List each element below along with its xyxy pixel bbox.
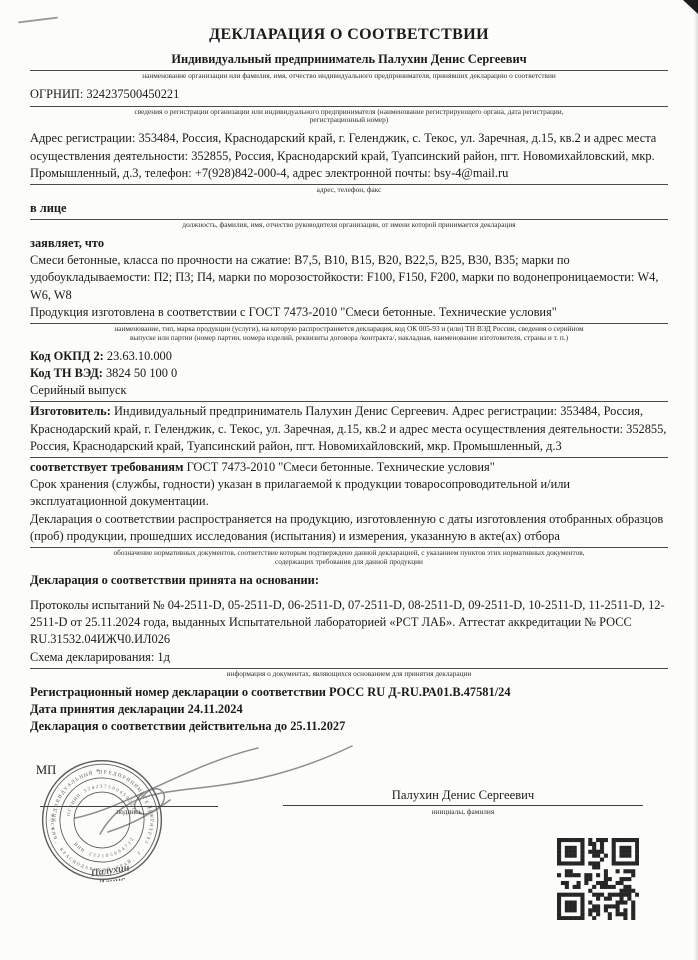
tnved-label: Код ТН ВЭД: — [30, 366, 103, 380]
product-caption: наименование, тип, марка продукции (услу… — [30, 325, 668, 343]
address-text: Адрес регистрации: 353484, Россия, Красн… — [30, 130, 668, 182]
svg-text:Сергеевич: Сергеевич — [91, 885, 137, 887]
declares-label: заявляет, что — [30, 235, 668, 252]
page-title: ДЕКЛАРАЦИЯ О СООТВЕТСТВИИ — [30, 26, 668, 43]
signee-caption: инициалы, фамилия — [283, 808, 643, 817]
svg-text:3: 3 — [92, 853, 96, 859]
scope-paragraph: Декларация о соответствии распространяет… — [30, 511, 668, 545]
okpd-code-row: Код ОКПД 2: 23.63.10.000 — [30, 348, 668, 365]
validity-line: Декларация о соответствии действительна … — [30, 718, 668, 735]
conformity-paragraph: соответствует требованиям ГОСТ 7473-2010… — [30, 459, 668, 476]
divider-serial — [30, 401, 668, 402]
ogrnip-caption: сведения о регистрации организации или и… — [30, 108, 668, 126]
svg-text:,: , — [131, 857, 136, 862]
in-person-label: в лице — [30, 200, 668, 217]
pen-mark — [18, 17, 58, 24]
conformity-label: соответствует требованиям — [30, 460, 183, 474]
protocols-paragraph: Протоколы испытаний № 04-2511-D, 05-2511… — [30, 597, 668, 649]
applicant-name: Индивидуальный предприниматель Палухин Д… — [30, 51, 668, 68]
signee-name: Палухин Денис Сергеевич — [283, 787, 643, 804]
svg-text:.: . — [140, 848, 145, 852]
product-description: Смеси бетонные, класса по прочности на с… — [30, 252, 668, 304]
okpd-label: Код ОКПД 2: — [30, 349, 104, 363]
product-gost-line: Продукция изготовлена в соответствии с Г… — [30, 304, 668, 321]
signature-block: МП ИНДИВИДУАЛЬНЫЙ ПРЕДПРИНИМАТЕЛЬРОССИЯ,… — [0, 750, 698, 960]
conformity-text: ГОСТ 7473-2010 "Смеси бетонные. Техничес… — [187, 460, 495, 474]
tnved-code-row: Код ТН ВЭД: 3824 50 100 0 — [30, 365, 668, 382]
svg-text:3: 3 — [100, 785, 103, 790]
round-stamp: ИНДИВИДУАЛЬНЫЙ ПРЕДПРИНИМАТЕЛЬРОССИЯ, КР… — [35, 753, 169, 887]
manufacturer-text: Индивидуальный предприниматель Палухин Д… — [30, 404, 666, 452]
svg-text:2: 2 — [97, 854, 100, 859]
svg-text:Р: Р — [104, 770, 107, 776]
declaration-document: ДЕКЛАРАЦИЯ О СООТВЕТСТВИИ Индивидуальный… — [0, 0, 698, 960]
svg-text:Л: Л — [147, 831, 153, 835]
svg-text:Я: Я — [52, 835, 58, 840]
round-stamp-svg: ИНДИВИДУАЛЬНЫЙ ПРЕДПРИНИМАТЕЛЬРОССИЯ, КР… — [35, 753, 169, 887]
svg-text:2: 2 — [96, 785, 100, 790]
svg-text:1: 1 — [102, 854, 105, 859]
in-person-caption: должность, фамилия, имя, отчество руково… — [30, 221, 668, 230]
svg-text:Е: Е — [108, 770, 112, 776]
ogrnip-value: ОГРНИП: 324237500450221 — [30, 86, 668, 103]
svg-text:1: 1 — [130, 807, 136, 812]
svg-text:Н: Н — [149, 822, 154, 826]
tnved-value: 3824 50 100 0 — [106, 366, 177, 380]
address-caption: адрес, телефон, факс — [30, 186, 668, 195]
svg-text:7: 7 — [104, 785, 107, 790]
manufacturer-paragraph: Изготовитель: Индивидуальный предпринима… — [30, 403, 668, 455]
basis-heading: Декларация о соответствии принята на осн… — [30, 572, 668, 589]
svg-text:Е: Е — [148, 827, 153, 831]
svg-text:2: 2 — [130, 837, 136, 842]
svg-text:0: 0 — [106, 854, 110, 859]
storage-paragraph: Срок хранения (службы, годности) указан … — [30, 476, 668, 510]
svg-text:Г: Г — [137, 850, 143, 856]
svg-text:С: С — [50, 823, 55, 827]
qr-code — [557, 838, 639, 920]
svg-text:2: 2 — [88, 852, 92, 858]
signee-line — [283, 805, 643, 806]
basis-caption: информация о документах, являющихся осно… — [30, 670, 668, 679]
registration-number-line: Регистрационный номер декларации о соотв… — [30, 684, 668, 701]
registration-date-line: Дата принятия декларации 24.11.2024 — [30, 701, 668, 718]
applicant-caption: наименование организации или фамилия, им… — [30, 72, 668, 81]
scheme-line: Схема декларирования: 1д — [30, 649, 668, 666]
manufacturer-label: Изготовитель: — [30, 404, 111, 418]
svg-text:Й: Й — [88, 769, 94, 778]
divider-manufacturer — [30, 457, 668, 458]
normative-caption: обозначение нормативных документов, соот… — [30, 549, 668, 567]
svg-text:,: , — [54, 840, 60, 844]
okpd-value: 23.63.10.000 — [107, 349, 172, 363]
serial-issue-line: Серийный выпуск — [30, 382, 668, 399]
